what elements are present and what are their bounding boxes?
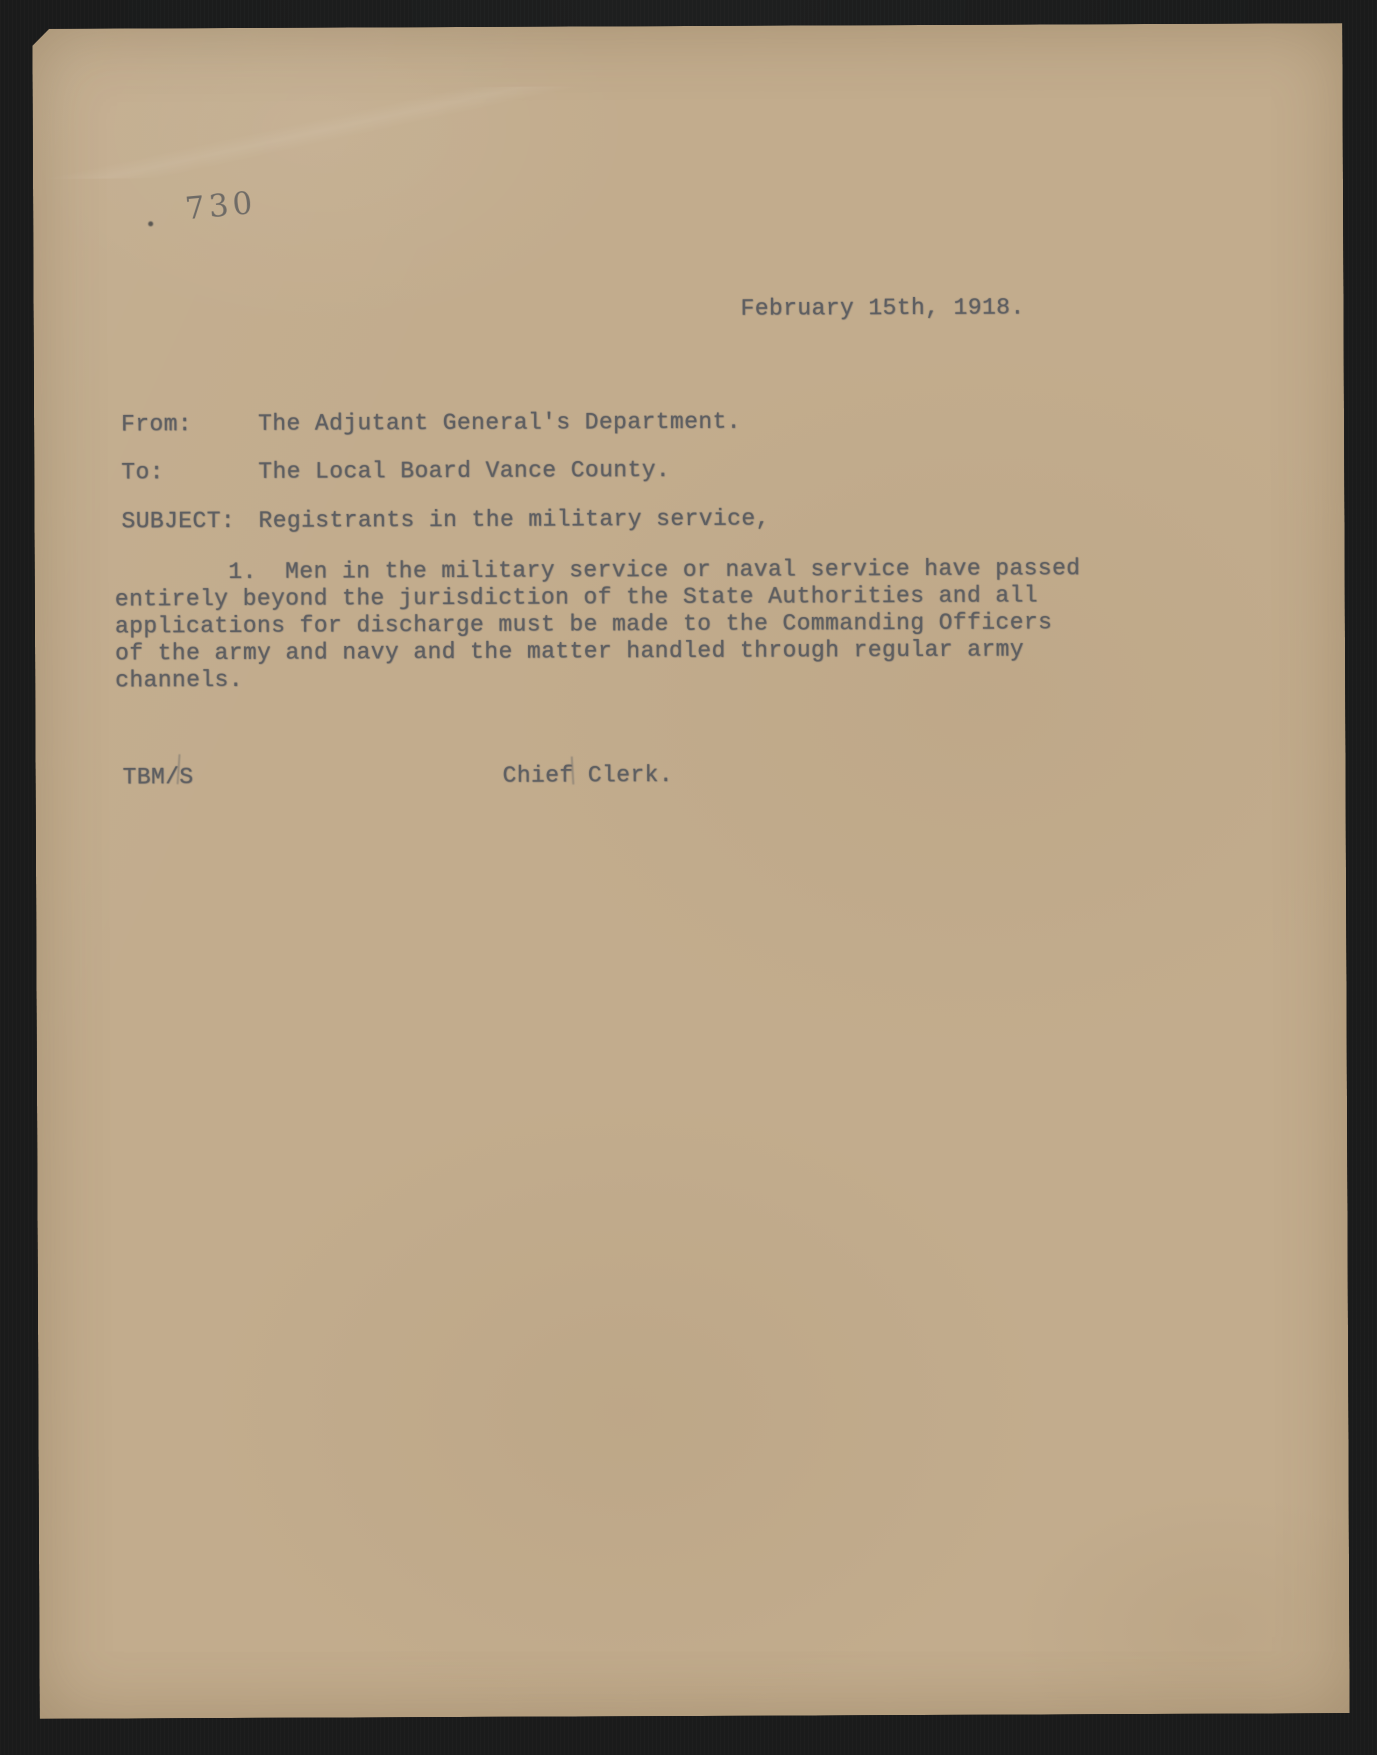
body-paragraph: 1. Men in the military service or naval … (115, 555, 1081, 694)
paper-crease (33, 86, 593, 178)
scan-background: 730 February 15th, 1918. From: The Adjut… (0, 0, 1377, 1755)
field-row-to: To: The Local Board Vance County. (121, 455, 1221, 460)
signature-row: TBM/S Chief Clerk. (123, 760, 1223, 765)
to-label: To: (121, 459, 164, 485)
subject-value: Registrants in the military service, (258, 506, 769, 534)
field-row-from: From: The Adjutant General's Department. (121, 407, 1221, 412)
body-line: channels. (115, 663, 1081, 694)
paper-speck (148, 221, 153, 226)
typist-initials: TBM/S (123, 764, 194, 790)
field-row-subject: SUBJECT: Registrants in the military ser… (121, 504, 1221, 509)
letter-page: 730 February 15th, 1918. From: The Adjut… (32, 23, 1349, 1719)
from-label: From: (121, 411, 192, 437)
body-line: entirely beyond the jurisdiction of the … (115, 582, 1081, 613)
subject-label: SUBJECT: (121, 508, 235, 534)
to-value: The Local Board Vance County. (258, 457, 670, 485)
handwritten-page-number: 730 (184, 185, 258, 227)
from-value: The Adjutant General's Department. (258, 409, 741, 437)
body-line: of the army and navy and the matter hand… (115, 636, 1081, 667)
body-line: applications for discharge must be made … (115, 609, 1081, 640)
body-line: 1. Men in the military service or naval … (115, 555, 1081, 586)
signature-title: Chief Clerk. (503, 762, 674, 789)
letter-date: February 15th, 1918. (740, 295, 1024, 322)
